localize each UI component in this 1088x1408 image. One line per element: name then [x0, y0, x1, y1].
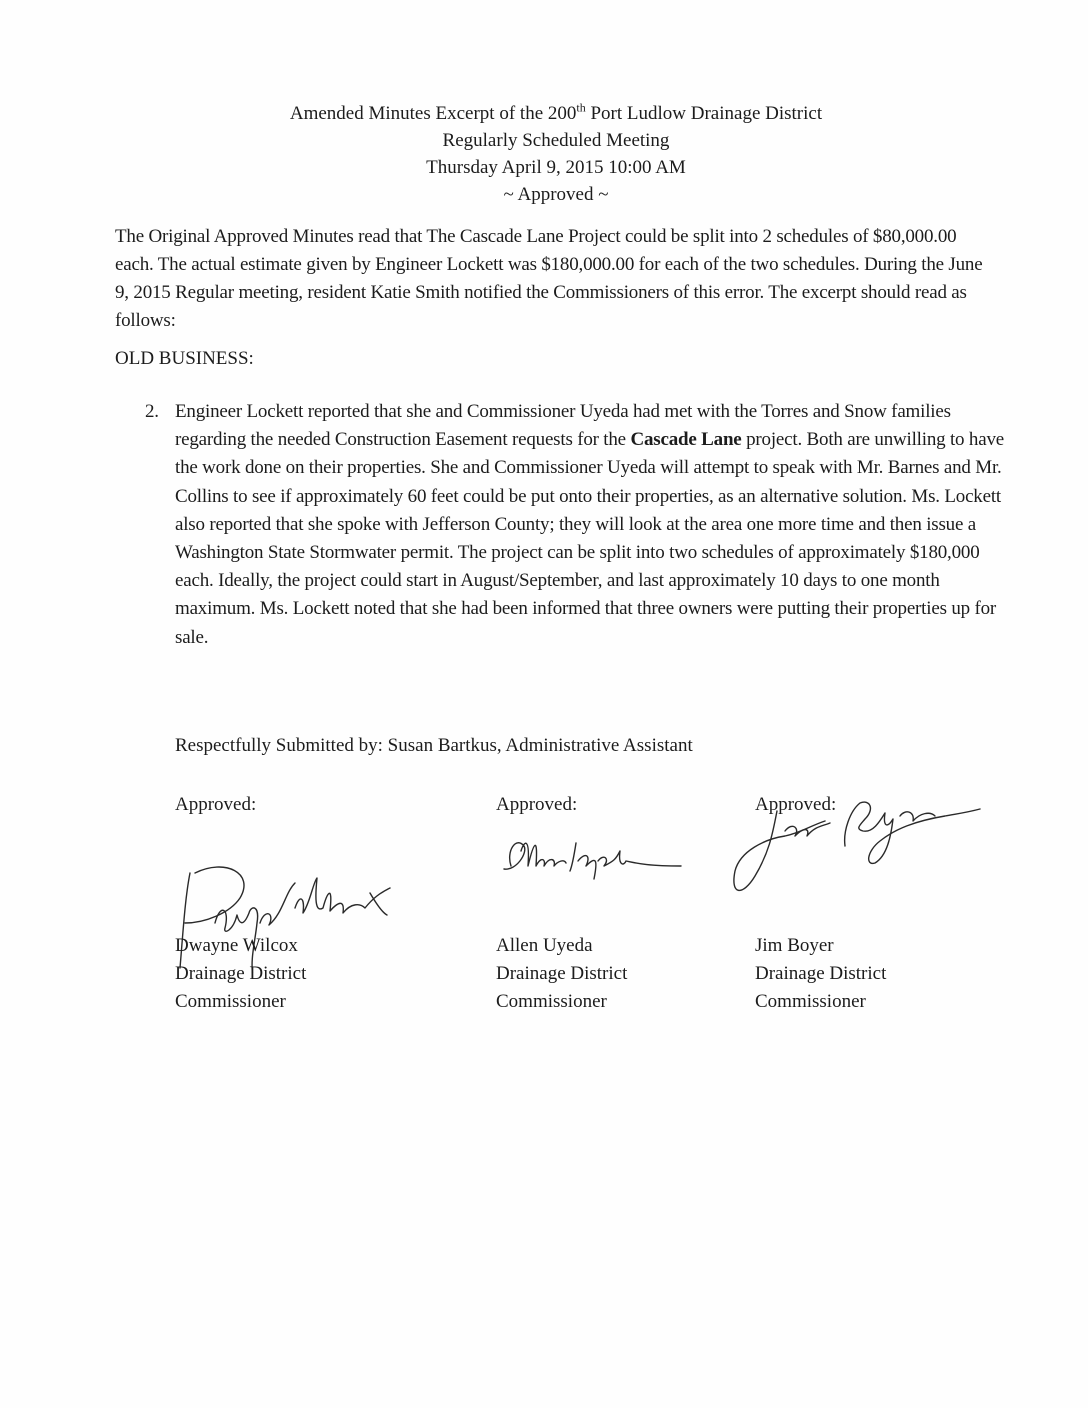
signature-uyeda — [486, 821, 706, 901]
item-text-part2: project. Both are unwilling to have the … — [175, 429, 1004, 647]
signatory-name: Allen Uyeda — [496, 932, 627, 960]
document-header: Amended Minutes Excerpt of the 200th Por… — [0, 100, 1088, 208]
signatory-uyeda: Allen Uyeda Drainage District Commission… — [496, 932, 627, 1016]
header-status: ~ Approved ~ — [0, 181, 1088, 208]
item-number: 2. — [145, 398, 159, 426]
header-title-prefix: Amended Minutes Excerpt of the 200 — [290, 103, 577, 124]
signatory-role: Commissioner — [175, 988, 306, 1016]
signatory-wilcox: Dwayne Wilcox Drainage District Commissi… — [175, 932, 306, 1016]
signatory-role: Commissioner — [496, 988, 627, 1016]
signatory-title: Drainage District — [175, 960, 306, 988]
approved-label: Approved: — [175, 791, 256, 819]
section-heading: OLD BUSINESS: — [115, 345, 254, 373]
signatory-name: Dwayne Wilcox — [175, 932, 306, 960]
header-title-superscript: th — [576, 101, 585, 115]
submitted-by: Respectfully Submitted by: Susan Bartkus… — [175, 735, 693, 757]
document-page: Amended Minutes Excerpt of the 200th Por… — [0, 0, 1088, 1408]
approved-label: Approved: — [496, 791, 577, 819]
signatory-boyer: Jim Boyer Drainage District Commissioner — [755, 932, 886, 1016]
header-meeting-date: Thursday April 9, 2015 10:00 AM — [0, 154, 1088, 181]
signatory-title: Drainage District — [755, 960, 886, 988]
signature-boyer — [715, 791, 995, 901]
header-title-suffix: Port Ludlow Drainage District — [586, 103, 822, 124]
header-title: Amended Minutes Excerpt of the 200th Por… — [0, 100, 1088, 127]
item-project-name: Cascade Lane — [630, 429, 741, 450]
signatory-title: Drainage District — [496, 960, 627, 988]
signatory-name: Jim Boyer — [755, 932, 886, 960]
agenda-item: 2. Engineer Lockett reported that she an… — [145, 398, 1015, 652]
item-text: Engineer Lockett reported that she and C… — [175, 398, 1015, 652]
header-meeting-type: Regularly Scheduled Meeting — [0, 127, 1088, 154]
signatory-role: Commissioner — [755, 988, 886, 1016]
intro-paragraph: The Original Approved Minutes read that … — [115, 223, 995, 335]
